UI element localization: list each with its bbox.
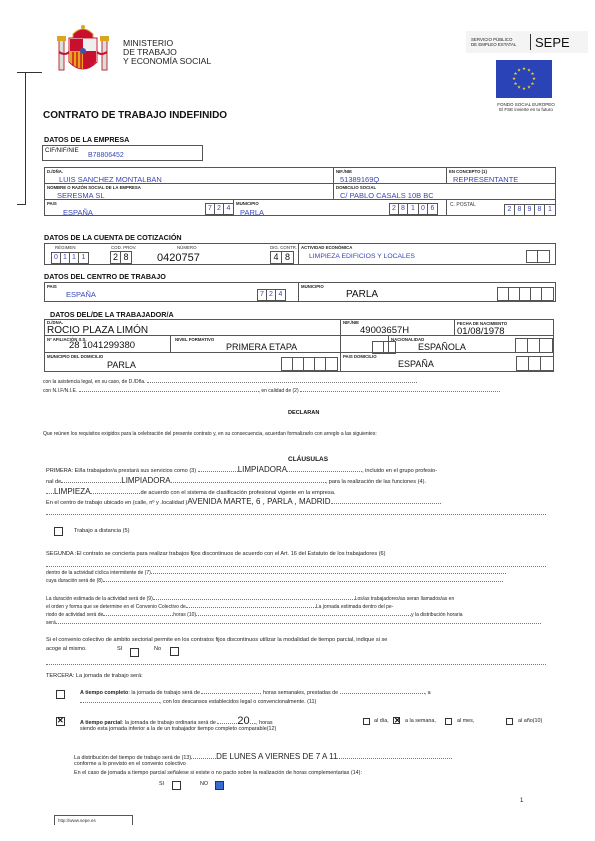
convenio-line2: acoge al mismo. [46,647,87,653]
municipio-domicilio-code [281,357,338,371]
tiempo-completo-checkbox[interactable] [56,690,65,699]
tercera-title: TERCERA: La jornada de trabajo será: [46,674,143,680]
dig-contr-code: 48 [270,251,294,264]
domicilio-social-field[interactable]: DOMICILIO SOCIAL C/ PABLO CASALS 10B BC [333,183,556,200]
margin-mark [25,72,26,204]
primera-blank-line[interactable] [46,514,546,515]
nivel-formativo-field[interactable]: NIVEL FORMATIVO PRIMERA ETAPA [170,335,341,353]
per-dia-checkbox[interactable] [363,718,370,725]
segunda-blank-line[interactable] [46,566,546,567]
cif-field[interactable]: CIF/NIF/NIE B78806452 [42,145,203,161]
empresa-municipio-code: 28106 [389,203,438,215]
eu-flag-icon: ★★★ ★★★ ★★★ ★★★ [496,60,552,98]
convenio-si-checkbox[interactable] [130,648,139,657]
empresa-cpostal-field[interactable]: C. POSTAL 28981 [446,199,556,216]
trabajador-nif-field[interactable]: NIF./NIE 49003657H [340,319,455,336]
section-trabajador: DATOS DEL/DE LA TRABAJADOR/A [50,310,174,319]
page-number: 1 [520,798,523,804]
actividad-economica-field[interactable]: ACTIVIDAD ECONÓMICA LIMPIEZA EDIFICIOS Y… [298,243,556,265]
empresa-cpostal-code: 28981 [504,204,556,216]
primera-line1: PRIMERA: El/la trabajador/a prestará sus… [46,466,437,475]
section-centro: DATOS DEL CENTRO DE TRABAJO [44,272,166,281]
empresa-municipio-field[interactable]: MUNICIPIO PARLA 28106 [233,199,447,216]
complem-no-label: NO [200,782,208,787]
asistencia-line2: con N.I.F/N.I.E. , en calidad de (2) [43,389,500,394]
tiempo-parcial-checkbox[interactable] [56,717,65,726]
margin-mark [17,72,42,73]
segunda-line7: será [46,621,541,626]
pais-domicilio-field[interactable]: PAIS DOMICILIO ESPAÑA [340,352,554,372]
complem-si-label: SI [159,782,164,787]
trabajo-distancia-label: Trabajo a distancia (5) [74,529,129,535]
asistencia-calidad-input[interactable] [300,391,500,392]
pais-domicilio-code [516,356,554,371]
segunda-line5: el orden y forma que se determine en el … [46,605,393,610]
funciones-value[interactable]: LIMPIEZA [54,487,90,496]
segunda-line1: SEGUNDA :El contrato se concierta para r… [46,552,386,558]
empresa-concepto-field[interactable]: EN CONCEPTO (1) REPRESENTANTE [446,167,556,184]
convenio-no-checkbox[interactable] [170,647,179,656]
convenio-si-label: SI [117,647,122,653]
per-anio-label: al año(10) [518,719,542,724]
empresa-pais-code: 724 [205,203,234,215]
convenio-blank-line[interactable] [46,664,546,665]
segunda-line6: riodo de actividad será dehoras (10)y la… [46,613,462,618]
footer-url[interactable]: http://www.sepe.es [58,818,96,823]
segunda-line3: cuya duración será de (8) [46,579,503,584]
regimen-code: 0111 [51,252,89,264]
page-title: CONTRATO DE TRABAJO INDEFINIDO [43,110,227,121]
completo-line1: A tiempo completo: la jornada de trabajo… [80,691,431,696]
primera-line4: En el centro de trabajo ubicado en (call… [46,498,441,507]
empresa-pais-field[interactable]: PAIS ESPAÑA 724 [44,199,234,216]
per-semana-checkbox[interactable] [393,717,400,724]
divider [388,335,389,353]
declaran-title: DECLARAN [288,410,319,416]
nacionalidad-field[interactable]: NACIONALIDAD ESPAÑOLA [340,335,554,353]
afiliacion-field[interactable]: Nº AFILIACIÓN S.S. 28 1041299380 [44,335,171,353]
trabajo-distancia-checkbox[interactable] [54,527,63,536]
segunda-line4: La duración estimada de la actividad ser… [46,597,454,602]
section-empresa: DATOS DE LA EMPRESA [44,135,129,144]
empresa-dna-field[interactable]: D./DÑA. LUIS SANCHEZ MONTALBAN [44,167,334,184]
footer-url-box: http://www.sepe.es [54,815,133,825]
actividad-code [526,250,550,263]
primera-line3: LIMPIEZAde acuerdo con el sistema de cla… [46,488,336,497]
section-cotizacion: DATOS DE LA CUENTA DE COTIZACIÓN [44,233,182,242]
per-anio-checkbox[interactable] [506,718,513,725]
per-mes-label: al mes, [457,719,474,724]
grupo-profesional-value[interactable]: LIMPIADORA [121,476,170,485]
complementarias-line: En el caso de jornada a tiempo parcial s… [74,771,362,776]
asistencia-dna-input[interactable] [147,382,417,383]
fse-caption: FONDO SOCIAL EUROPEO El FSE invierte en … [486,102,566,112]
centro-direccion-value[interactable]: AVENIDA MARTE, 6 , PARLA , MADRID [187,497,330,506]
sepe-logo: SERVICIO PÚBLICO DE EMPLEO ESTATAL SEPE [466,31,588,53]
per-semana-label: a la semana, [405,719,436,724]
per-dia-label: al día, [374,719,389,724]
complem-no-checkbox[interactable] [215,781,224,790]
centro-municipio-field[interactable]: MUNICIPIO PARLA [298,282,556,302]
asistencia-nif-input[interactable] [79,391,259,392]
convenio-no-label: No [154,647,161,653]
razon-social-field[interactable]: NOMBRE O RAZÓN SOCIAL DE LA EMPRESA SERE… [44,183,334,200]
parcial-line2: siendo esta jornada inferior a la de un … [80,727,276,732]
distribucion-value[interactable]: DE LUNES A VIERNES DE 7 A 11 [216,752,337,761]
convenio-line1: Si el convenio colectivo de ambito secto… [46,638,387,644]
centro-municipio-code [497,287,554,301]
cod-prov-code: 28 [110,251,132,264]
segunda-line2: dentro de la actividad cíclica intermite… [46,571,506,576]
fecha-nacimiento-field[interactable]: FECHA DE NACIMIENTO 01/08/1978 [454,319,554,336]
clausulas-title: CLÁUSULAS [288,456,328,463]
ministry-name: MINISTERIO DE TRABAJO Y ECONOMÍA SOCIAL [123,39,211,66]
asistencia-line1: con la asistencia legal, en su caso, de … [43,380,417,385]
coat-of-arms-logo [55,22,111,77]
complem-si-checkbox[interactable] [172,781,181,790]
cuenta-cotizacion-field[interactable]: RÉGIMEN 0111 COD. PROV. 28 NÚMERO 042075… [44,243,299,265]
nacionalidad-code [515,338,553,353]
centro-pais-code: 724 [257,289,286,301]
margin-mark [17,204,26,205]
empresa-nif-field[interactable]: NIF./NIE 51389169Q [333,167,447,184]
primera-line2: nal deLIMPIADORA, para la realización de… [46,477,426,486]
categoria-value[interactable]: LIMPIADORA [238,465,287,474]
trabajador-dna-field[interactable]: D./DNA. ROCIO PLAZA LIMÓN [44,319,341,336]
declaran-text: Que reúnen los requisitos exigidos para … [43,432,377,437]
per-mes-checkbox[interactable] [445,718,452,725]
municipio-domicilio-field[interactable]: MUNICIPIO DEL DOMICILIO PARLA [44,352,341,372]
completo-line2: , con los descansos establecidos legal o… [80,700,316,705]
distribucion-line2: conforme a lo previsto en el convenio co… [74,762,186,767]
centro-pais-field[interactable]: PAIS ESPAÑA 724 [44,282,299,302]
